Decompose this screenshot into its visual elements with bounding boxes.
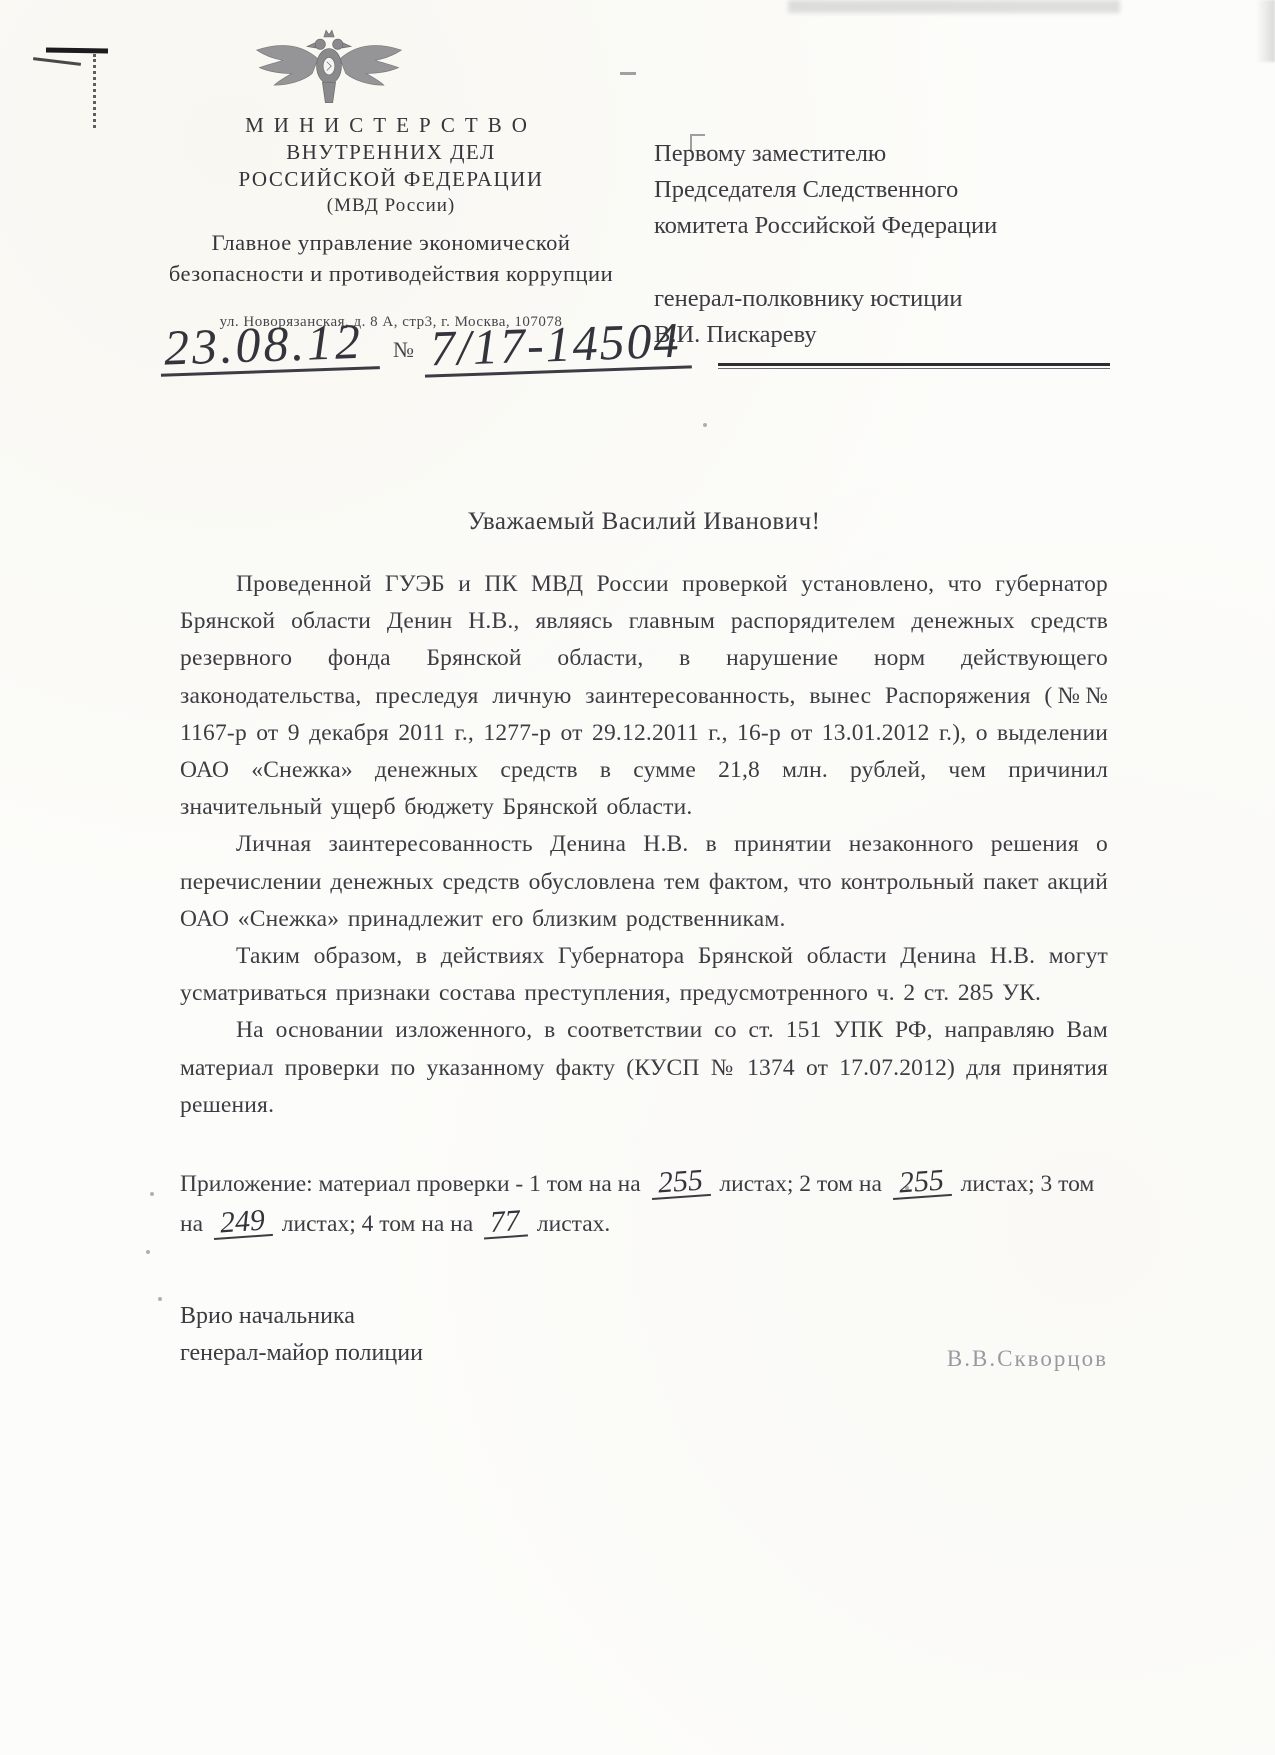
department-name: Главное управление экономической безопас…: [148, 227, 634, 289]
number-sign: №: [393, 337, 414, 363]
signer-rank: генерал-майор полиции: [180, 1335, 423, 1372]
scan-corner-dotted-line: [93, 54, 96, 128]
signer-title: Врио начальника генерал-майор полиции: [180, 1298, 423, 1372]
scan-speck: [146, 1250, 150, 1254]
handwritten-sheet-count: 255: [891, 1166, 952, 1200]
signer-position: Врио начальника: [180, 1298, 423, 1335]
scan-corner-mark: [46, 47, 108, 53]
scanned-letter-page: МИНИСТЕРСТВО ВНУТРЕННИХ ДЕЛ РОССИЙСКОЙ Ф…: [0, 0, 1275, 1755]
scan-corner-tick: [33, 57, 81, 66]
salutation: Уважаемый Василий Иванович!: [180, 508, 1108, 536]
paragraph: Проведенной ГУЭБ и ПК МВД России проверк…: [180, 566, 1108, 826]
attachment-line: Приложение: материал проверки - 1 том на…: [180, 1164, 1108, 1244]
attachment-text: листах; 2 том на: [719, 1171, 882, 1197]
ministry-short-name: (МВД России): [148, 193, 634, 218]
sender-block: МИНИСТЕРСТВО ВНУТРЕННИХ ДЕЛ РОССИЙСКОЙ Ф…: [148, 112, 634, 331]
paragraph: На основании изложенного, в соответствии…: [180, 1012, 1108, 1124]
scan-top-smudge: [788, 0, 1120, 13]
handwritten-sheet-count: 77: [482, 1207, 528, 1240]
paragraph: Таким образом, в действиях Губернатора Б…: [180, 938, 1108, 1012]
addressee-line: Первому заместителю: [654, 136, 1124, 172]
signature-block: Врио начальника генерал-майор полиции В.…: [180, 1298, 1108, 1372]
ministry-line3: РОССИЙСКОЙ ФЕДЕРАЦИИ: [148, 166, 634, 193]
scan-speck: [150, 1192, 154, 1196]
ministry-line2: ВНУТРЕННИХ ДЕЛ: [148, 139, 634, 166]
attachment-text: листах; 4 том на на: [282, 1211, 473, 1237]
attachment-text: листах.: [537, 1211, 610, 1237]
scan-edge-shadow: [1256, 0, 1275, 62]
scan-speck: [703, 423, 707, 427]
attachment-text: Приложение: материал проверки - 1 том на…: [180, 1171, 641, 1197]
addressee-line: Председателя Следственного: [654, 172, 1124, 208]
addressee-block: Первому заместителю Председателя Следств…: [654, 136, 1124, 369]
letter-body: Проведенной ГУЭБ и ПК МВД России проверк…: [180, 566, 1108, 1124]
addressee-name: В.И. Пискареву: [654, 317, 1124, 353]
ministry-name: МИНИСТЕРСТВО: [148, 112, 634, 139]
paragraph: Личная заинтересованность Денина Н.В. в …: [180, 826, 1108, 938]
handwritten-number: 7/17-14504: [423, 313, 691, 377]
addressee-underline: [718, 363, 1110, 369]
handwritten-sheet-count: 249: [212, 1206, 273, 1240]
addressee-rank: генерал-полковнику юстиции: [654, 281, 1124, 317]
signer-name: В.В.Скворцов: [947, 1346, 1108, 1372]
scan-stray-dash: [620, 72, 636, 75]
handwritten-sheet-count: 255: [650, 1166, 711, 1200]
addressee-line: комитета Российской Федерации: [654, 208, 1124, 244]
mvd-double-headed-eagle-emblem-icon: [245, 28, 413, 116]
outgoing-reference: 23.08.12 № 7/17-14504: [160, 318, 691, 373]
scan-speck: [158, 1297, 162, 1301]
letter-content: Уважаемый Василий Иванович! Проведенной …: [180, 508, 1108, 1372]
handwritten-date: 23.08.12: [159, 314, 380, 377]
